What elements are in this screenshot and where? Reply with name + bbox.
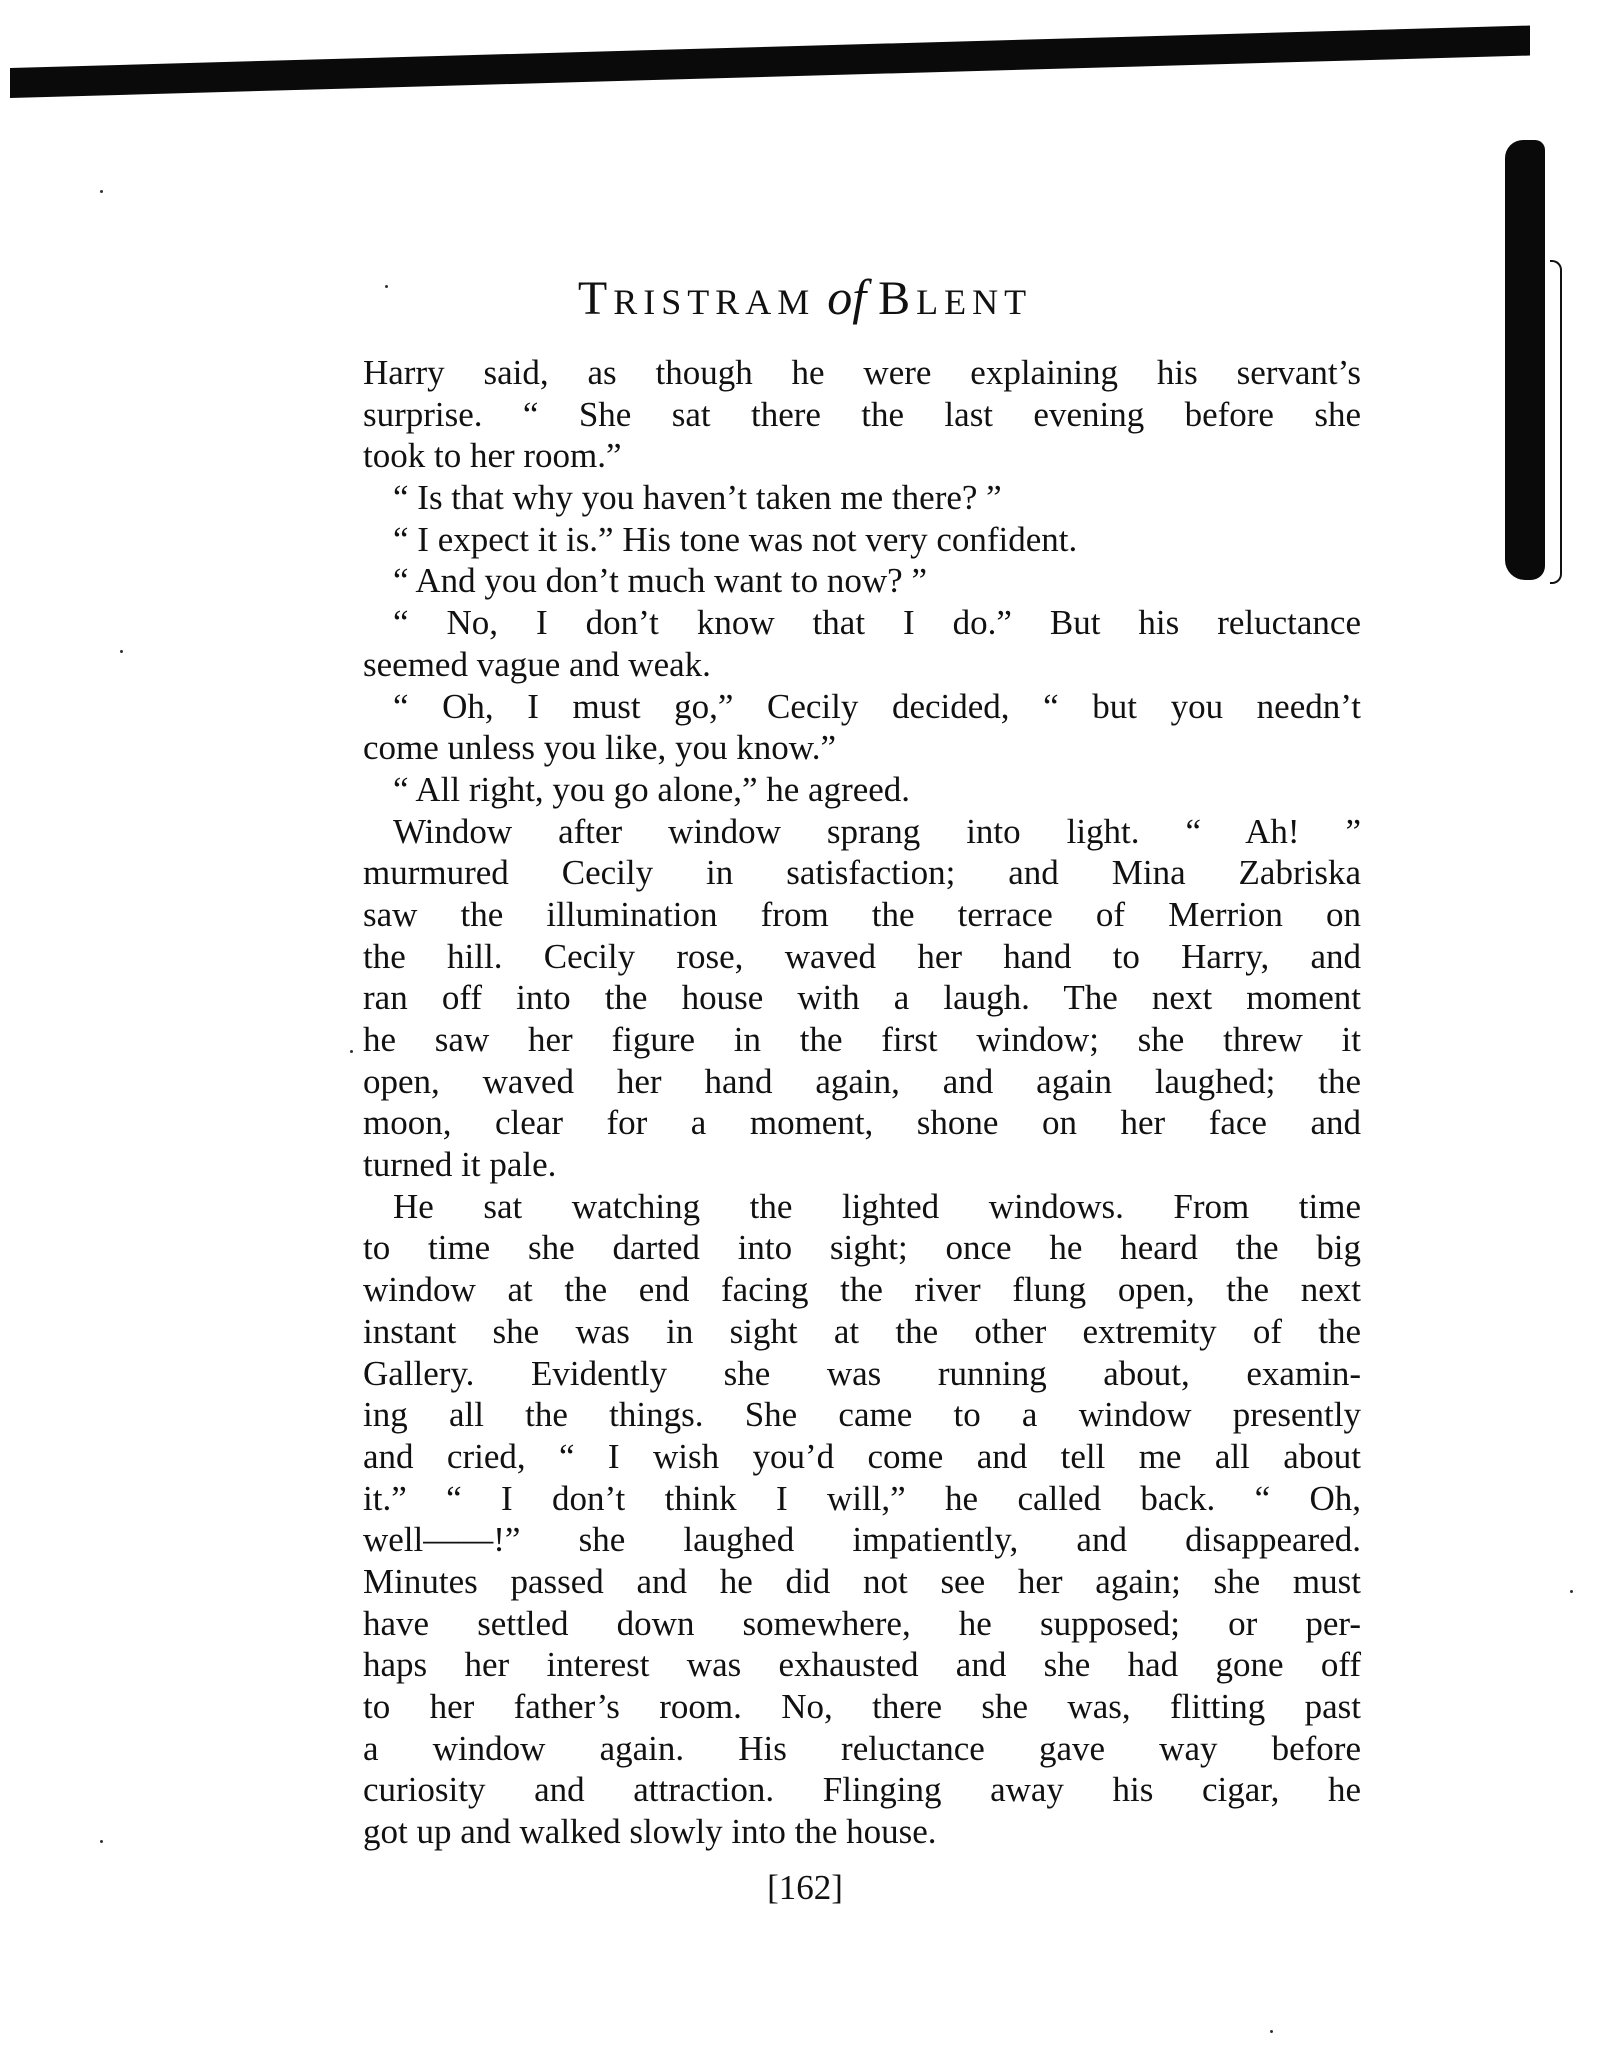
text-line: he saw her figure in the first window; s… <box>363 1019 1361 1061</box>
text-line: “ All right, you go alone,” he agreed. <box>363 769 1361 811</box>
text-line: open, waved her hand again, and again la… <box>363 1061 1361 1103</box>
text-line: to her father’s room. No, there she was,… <box>363 1686 1361 1728</box>
text-line: Window after window sprang into light. “… <box>363 811 1361 853</box>
text-line: come unless you like, you know.” <box>363 727 1361 769</box>
title-of: of <box>827 269 866 325</box>
text-line: curiosity and attraction. Flinging away … <box>363 1769 1361 1811</box>
text-line: Harry said, as though he were explaining… <box>363 352 1361 394</box>
title-initial-2: B <box>878 272 916 325</box>
text-line: well——!” she laughed impatiently, and di… <box>363 1519 1361 1561</box>
text-line: ing all the things. She came to a window… <box>363 1394 1361 1436</box>
title-word-1: RISTRAM <box>613 282 815 322</box>
text-line: Minutes passed and he did not see her ag… <box>363 1561 1361 1603</box>
scan-speck <box>100 1840 103 1843</box>
text-line: haps her interest was exhausted and she … <box>363 1644 1361 1686</box>
scan-speck <box>385 285 388 288</box>
text-line: “ I expect it is.” His tone was not very… <box>363 519 1361 561</box>
text-line: surprise. “ She sat there the last eveni… <box>363 394 1361 436</box>
page-number: [162] <box>0 1868 1610 1908</box>
text-line: have settled down somewhere, he supposed… <box>363 1603 1361 1645</box>
text-line: a window again. His reluctance gave way … <box>363 1728 1361 1770</box>
scan-speck <box>100 190 103 193</box>
text-line: He sat watching the lighted windows. Fro… <box>363 1186 1361 1228</box>
text-line: the hill. Cecily rose, waved her hand to… <box>363 936 1361 978</box>
text-line: Gallery. Evidently she was running about… <box>363 1353 1361 1395</box>
scan-speck <box>1270 2030 1273 2033</box>
text-line: turned it pale. <box>363 1144 1361 1186</box>
running-header: TRISTRAMofBLENT <box>0 268 1610 326</box>
text-line: instant she was in sight at the other ex… <box>363 1311 1361 1353</box>
scan-edge-bar <box>10 26 1530 98</box>
text-line: got up and walked slowly into the house. <box>363 1811 1361 1853</box>
text-line: took to her room.” <box>363 435 1361 477</box>
text-line: saw the illumination from the terrace of… <box>363 894 1361 936</box>
scan-speck <box>120 650 123 653</box>
scan-speck <box>1570 1590 1573 1593</box>
text-line: “ Is that why you haven’t taken me there… <box>363 477 1361 519</box>
text-line: ran off into the house with a laugh. The… <box>363 977 1361 1019</box>
text-line: and cried, “ I wish you’d come and tell … <box>363 1436 1361 1478</box>
text-line: murmured Cecily in satisfaction; and Min… <box>363 852 1361 894</box>
title-initial: T <box>578 272 613 325</box>
scan-speck <box>350 1050 353 1053</box>
text-line: “ Oh, I must go,” Cecily decided, “ but … <box>363 686 1361 728</box>
page-body: Harry said, as though he were explaining… <box>363 352 1361 1853</box>
text-line: to time she darted into sight; once he h… <box>363 1227 1361 1269</box>
text-line: window at the end facing the river flung… <box>363 1269 1361 1311</box>
text-line: “ No, I don’t know that I do.” But his r… <box>363 602 1361 644</box>
scan-binding-shadow <box>1505 140 1545 580</box>
text-line: moon, clear for a moment, shone on her f… <box>363 1102 1361 1144</box>
text-line: seemed vague and weak. <box>363 644 1361 686</box>
text-line: “ And you don’t much want to now? ” <box>363 560 1361 602</box>
title-word-2: LENT <box>916 282 1032 322</box>
text-line: it.” “ I don’t think I will,” he called … <box>363 1478 1361 1520</box>
